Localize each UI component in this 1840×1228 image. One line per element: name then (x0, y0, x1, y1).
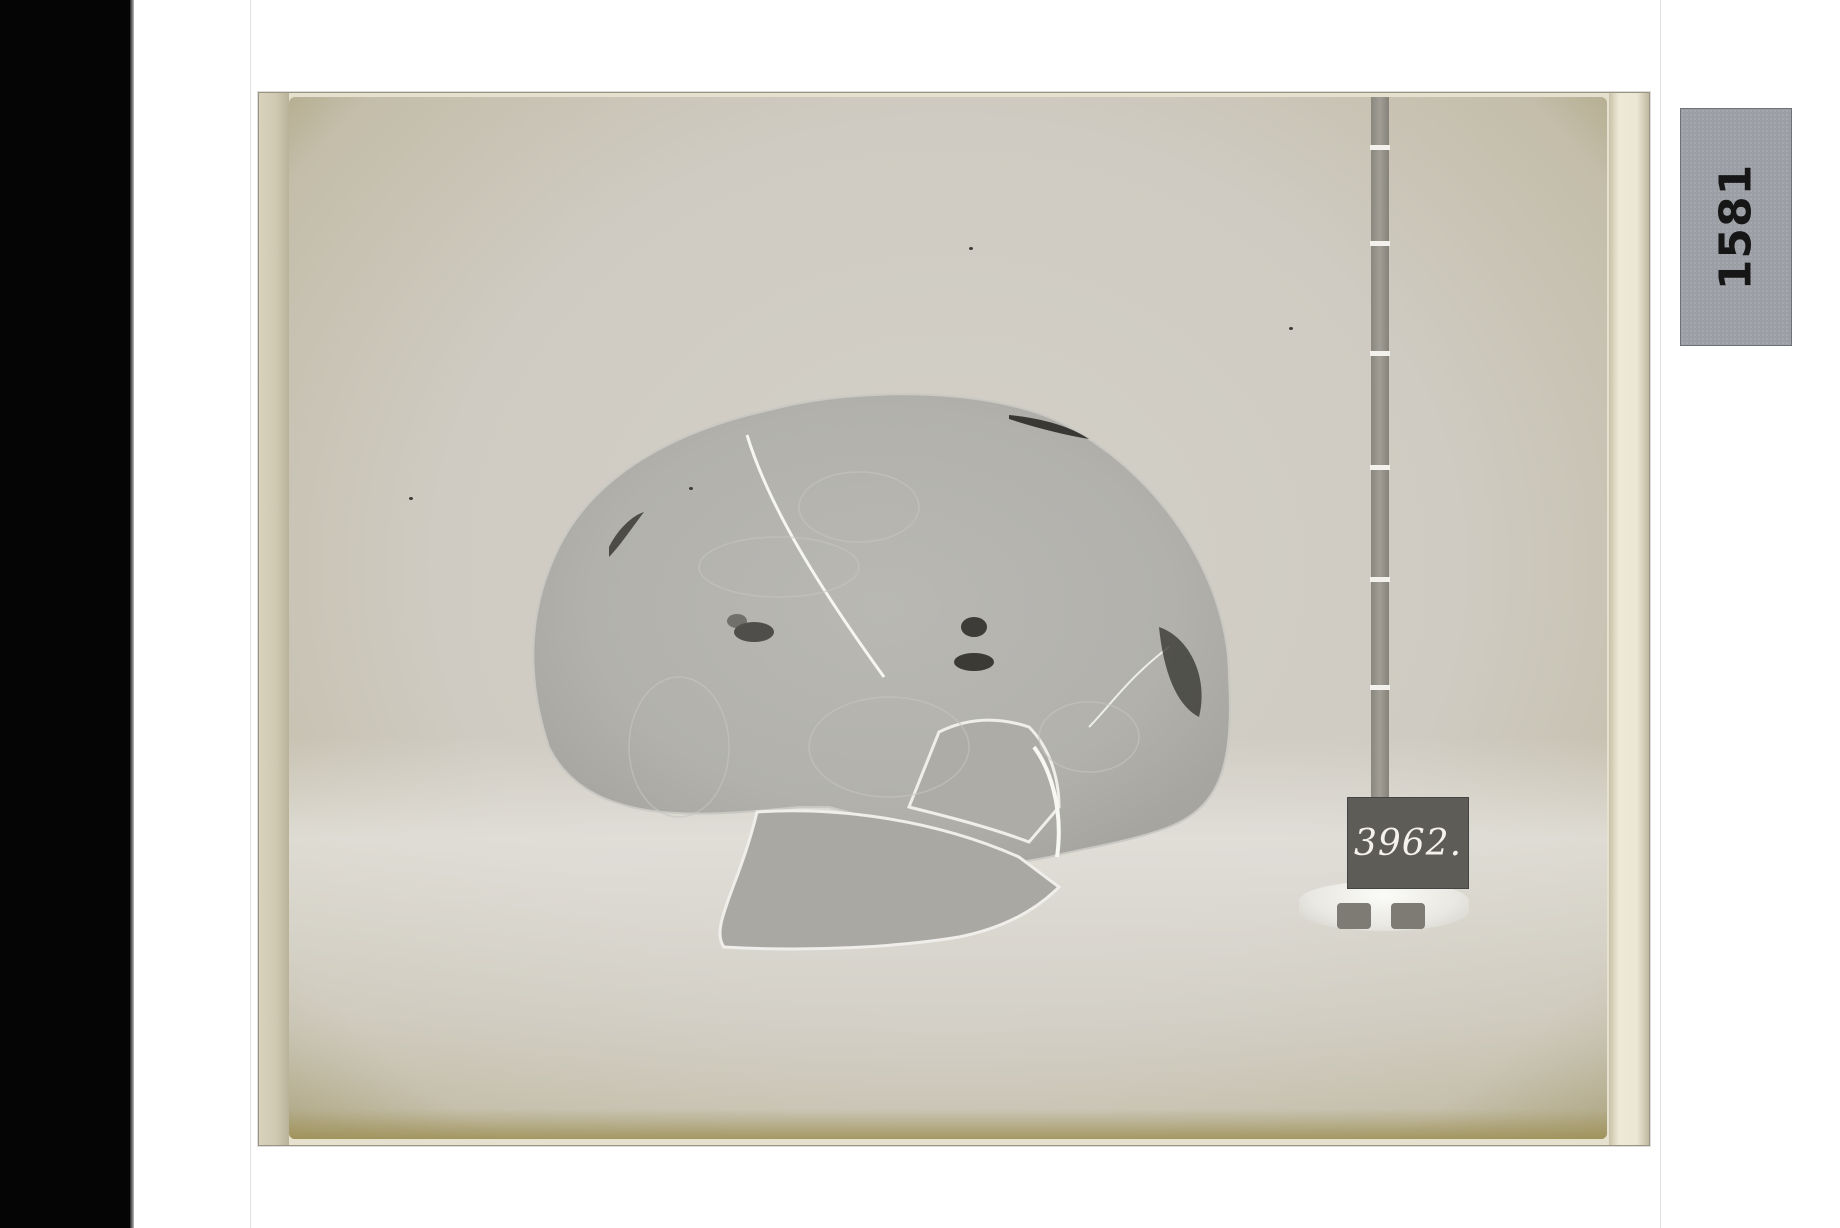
specimen-number-label: 3962. (1347, 797, 1469, 889)
catalog-tag: 1581 (1680, 108, 1792, 346)
photo-emulsion: 3962. (289, 97, 1607, 1139)
rod-segment-mark (1370, 465, 1390, 470)
plate-edge-left (259, 93, 289, 1145)
rod-segment-mark (1370, 577, 1390, 582)
frame-guide-line (1660, 0, 1661, 1228)
dust-speck (969, 247, 973, 250)
stand-foot (1337, 903, 1371, 929)
catalog-number: 1581 (1711, 164, 1762, 290)
broken-bowl (529, 387, 1239, 1087)
frame-guide-line (250, 0, 251, 1228)
dust-speck (689, 487, 693, 490)
rod-segment-mark (1370, 685, 1390, 690)
measuring-rod (1371, 97, 1389, 801)
rod-segment-mark (1370, 145, 1390, 150)
plate-edge-right (1609, 93, 1649, 1145)
stand-foot (1391, 903, 1425, 929)
scanner-edge-strip (0, 0, 131, 1228)
dust-speck (1289, 327, 1293, 330)
rod-segment-mark (1370, 241, 1390, 246)
dust-speck (409, 497, 413, 500)
glass-plate-negative: 3962. (258, 92, 1650, 1146)
rod-segment-mark (1370, 351, 1390, 356)
